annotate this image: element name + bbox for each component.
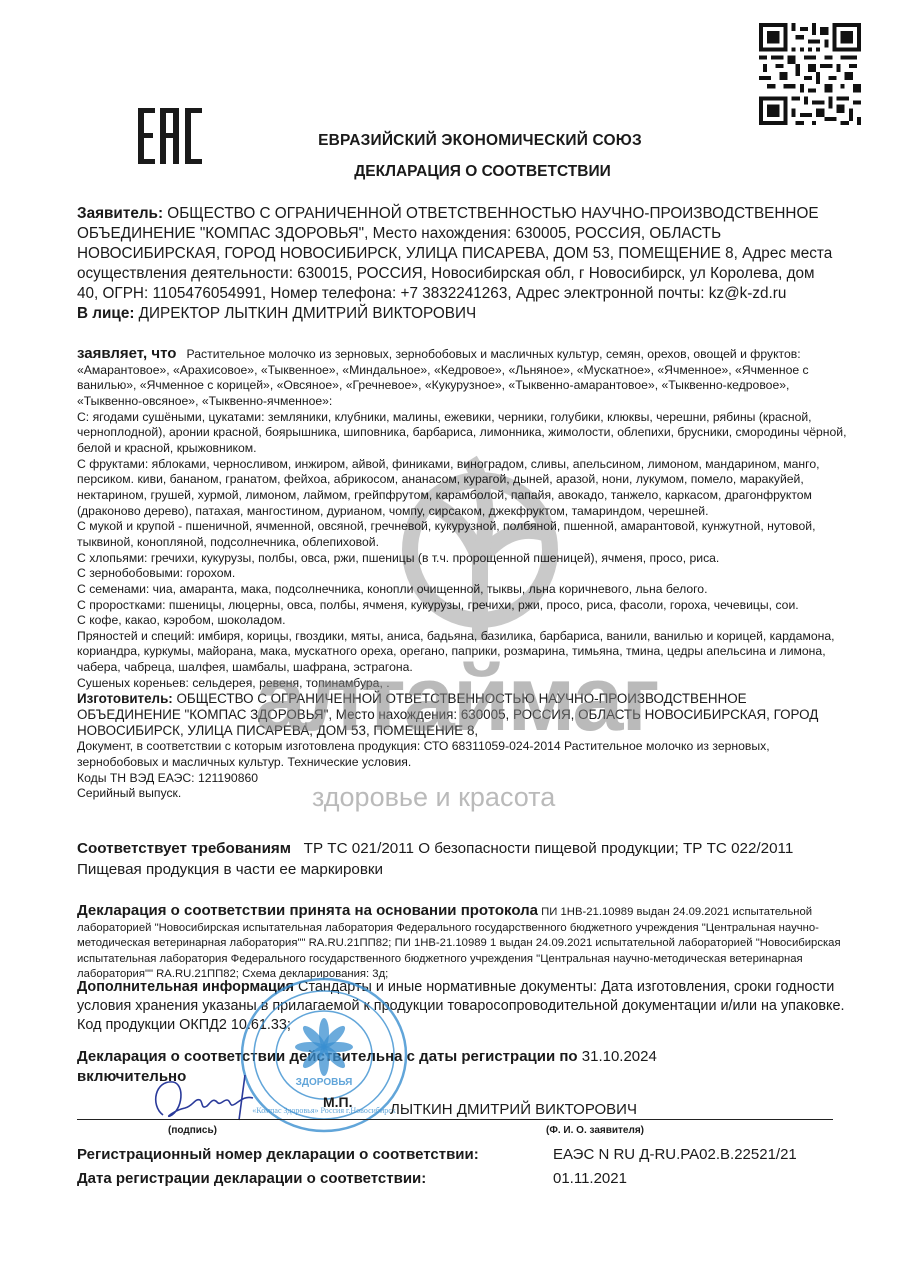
applicant-section: Заявитель: ОБЩЕСТВО С ОГРАНИЧЕННОЙ ОТВЕТ… (77, 204, 837, 324)
product-line: Пряностей и специй: имбиря, корицы, гвоз… (77, 629, 847, 676)
fio-caption: (Ф. И. О. заявителя) (546, 1125, 644, 1136)
applicant-text: ОБЩЕСТВО С ОГРАНИЧЕННОЙ ОТВЕТСТВЕННОСТЬЮ… (77, 205, 832, 302)
product-line: С семенами: чиа, амаранта, мака, подсолн… (77, 582, 847, 598)
registration-number-label: Регистрационный номер декларации о соотв… (77, 1146, 479, 1163)
manufacturer-text: ОБЩЕСТВО С ОГРАНИЧЕННОЙ ОТВЕТСТВЕННОСТЬЮ… (77, 691, 818, 738)
additional-info-section: Дополнительная информация Стандарты и ин… (77, 978, 847, 1035)
declares-label: заявляет, что (77, 345, 176, 362)
protocol-section: Декларация о соответствии принята на осн… (77, 903, 857, 983)
signature-line (77, 1119, 833, 1120)
tn-ved-code: Коды ТН ВЭД ЕАЭС: 121190860 (77, 771, 847, 787)
union-title: ЕВРАЗИЙСКИЙ ЭКОНОМИЧЕСКИЙ СОЮЗ (0, 132, 900, 150)
person-label: В лице: (77, 305, 134, 322)
product-line: С проростками: пшеницы, люцерны, овса, п… (77, 598, 847, 614)
product-line: С фруктами: яблоками, черносливом, инжир… (77, 457, 847, 520)
applicant-label: Заявитель: (77, 205, 163, 222)
manufacturer-label: Изготовитель: (77, 691, 173, 706)
compliance-section: Соответствует требованиям ТР ТС 021/2011… (77, 838, 817, 880)
standard-document: Документ, в соответствии с которым изгот… (77, 739, 847, 770)
additional-info-label: Дополнительная информация (77, 979, 294, 995)
stamp-place-label: М.П. (323, 1094, 353, 1110)
declaration-document: ЕВРАЗИЙСКИЙ ЭКОНОМИЧЕСКИЙ СОЮЗ ДЕКЛАРАЦИ… (0, 0, 900, 1273)
product-line: С зернобобовыми: горохом. (77, 566, 847, 582)
serial-release: Серийный выпуск. (77, 786, 847, 802)
protocol-label: Декларация о соответствии принята на осн… (77, 902, 538, 919)
registration-date-label: Дата регистрации декларации о соответств… (77, 1170, 426, 1187)
product-description: Растительное молочко из зерновых, зерноб… (77, 347, 812, 408)
compliance-label: Соответствует требованиям (77, 840, 291, 857)
validity-label: Декларация о соответствии действительна … (77, 1048, 578, 1065)
signature-caption: (подпись) (168, 1125, 217, 1136)
validity-date: 31.10.2024 (578, 1048, 657, 1065)
product-line: С мукой и крупой - пшеничной, ячменной, … (77, 519, 847, 550)
product-line: С хлопьями: гречихи, кукурузы, полбы, ов… (77, 551, 847, 567)
registration-date: 01.11.2021 (553, 1170, 627, 1187)
registration-number: ЕАЭС N RU Д-RU.PA02.B.22521/21 (553, 1146, 797, 1163)
qr-code-icon[interactable] (759, 22, 861, 126)
product-line: С: ягодами сушёными, цукатами: земляники… (77, 410, 847, 457)
product-line: Сушеных кореньев: сельдерея, ревеня, топ… (77, 676, 847, 692)
signer-name: ЛЫТКИН ДМИТРИЙ ВИКТОРОВИЧ (390, 1101, 637, 1118)
document-title: ДЕКЛАРАЦИЯ О СООТВЕТСТВИИ (0, 163, 900, 181)
product-line: С кофе, какао, кэробом, шоколадом. (77, 613, 847, 629)
validity-section: Декларация о соответствии действительна … (77, 1047, 777, 1087)
validity-suffix: включительно (77, 1068, 186, 1085)
person-name: ДИРЕКТОР ЛЫТКИН ДМИТРИЙ ВИКТОРОВИЧ (134, 305, 476, 322)
declaration-section: заявляет, что Растительное молочко из зе… (77, 346, 847, 802)
